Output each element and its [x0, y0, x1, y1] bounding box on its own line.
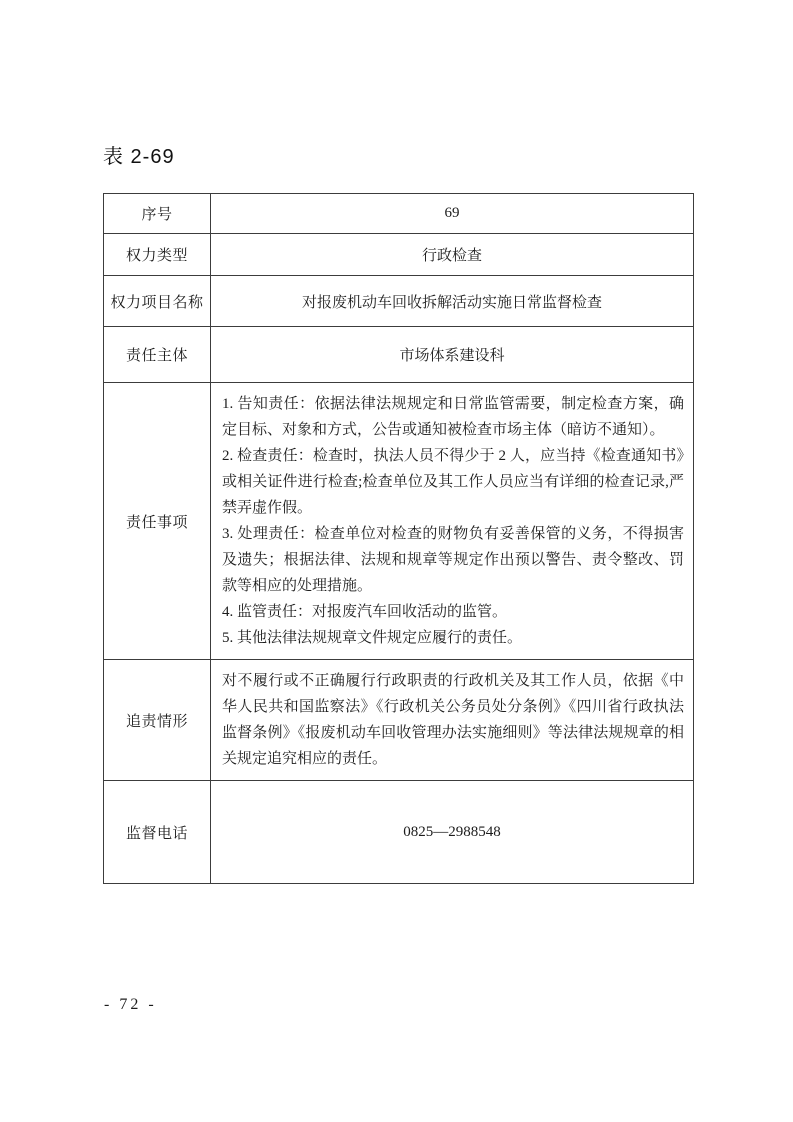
- table-row-accountability-situations: 追责情形 对不履行或不正确履行行政职责的行政机关及其工作人员，依据《中华人民共和…: [104, 660, 694, 781]
- row-label: 权力类型: [104, 234, 211, 276]
- page-number: - 72 -: [104, 996, 157, 1014]
- row-value: 行政检查: [211, 234, 694, 276]
- table-caption: 表 2-69: [103, 140, 175, 169]
- row-label: 责任主体: [104, 327, 211, 383]
- row-value: 1. 告知责任：依据法律法规规定和日常监管需要，制定检查方案，确定目标、对象和方…: [211, 383, 694, 660]
- row-value: 69: [211, 194, 694, 234]
- table-row-supervision-phone: 监督电话 0825—2988548: [104, 781, 694, 884]
- table-row-responsibility-matters: 责任事项 1. 告知责任：依据法律法规规定和日常监管需要，制定检查方案，确定目标…: [104, 383, 694, 660]
- responsibility-item: 4. 监管责任：对报废汽车回收活动的监管。: [222, 599, 684, 625]
- responsibility-item: 1. 告知责任：依据法律法规规定和日常监管需要，制定检查方案，确定目标、对象和方…: [222, 391, 684, 443]
- table-row-power-type: 权力类型 行政检查: [104, 234, 694, 276]
- responsibility-item: 5. 其他法律法规规章文件规定应履行的责任。: [222, 625, 684, 651]
- table-row-serial-number: 序号 69: [104, 194, 694, 234]
- row-label: 监督电话: [104, 781, 211, 884]
- row-value: 对报废机动车回收拆解活动实施日常监督检查: [211, 276, 694, 327]
- row-label: 序号: [104, 194, 211, 234]
- row-value: 市场体系建设科: [211, 327, 694, 383]
- row-label: 追责情形: [104, 660, 211, 781]
- table-row-responsible-entity: 责任主体 市场体系建设科: [104, 327, 694, 383]
- accountability-text: 对不履行或不正确履行行政职责的行政机关及其工作人员，依据《中华人民共和国监察法》…: [222, 668, 684, 772]
- document-page: 表 2-69 序号 69 权力类型 行政检查 权力项目名称 对报废机动车回收拆解…: [0, 0, 793, 1122]
- row-value: 0825—2988548: [211, 781, 694, 884]
- responsibility-item: 2. 检查责任：检查时，执法人员不得少于 2 人，应当持《检查通知书》或相关证件…: [222, 443, 684, 521]
- power-item-table: 序号 69 权力类型 行政检查 权力项目名称 对报废机动车回收拆解活动实施日常监…: [103, 193, 694, 884]
- row-label: 责任事项: [104, 383, 211, 660]
- row-value: 对不履行或不正确履行行政职责的行政机关及其工作人员，依据《中华人民共和国监察法》…: [211, 660, 694, 781]
- row-label: 权力项目名称: [104, 276, 211, 327]
- responsibility-item: 3. 处理责任：检查单位对检查的财物负有妥善保管的义务，不得损害及遗失；根据法律…: [222, 521, 684, 599]
- table-row-power-item-name: 权力项目名称 对报废机动车回收拆解活动实施日常监督检查: [104, 276, 694, 327]
